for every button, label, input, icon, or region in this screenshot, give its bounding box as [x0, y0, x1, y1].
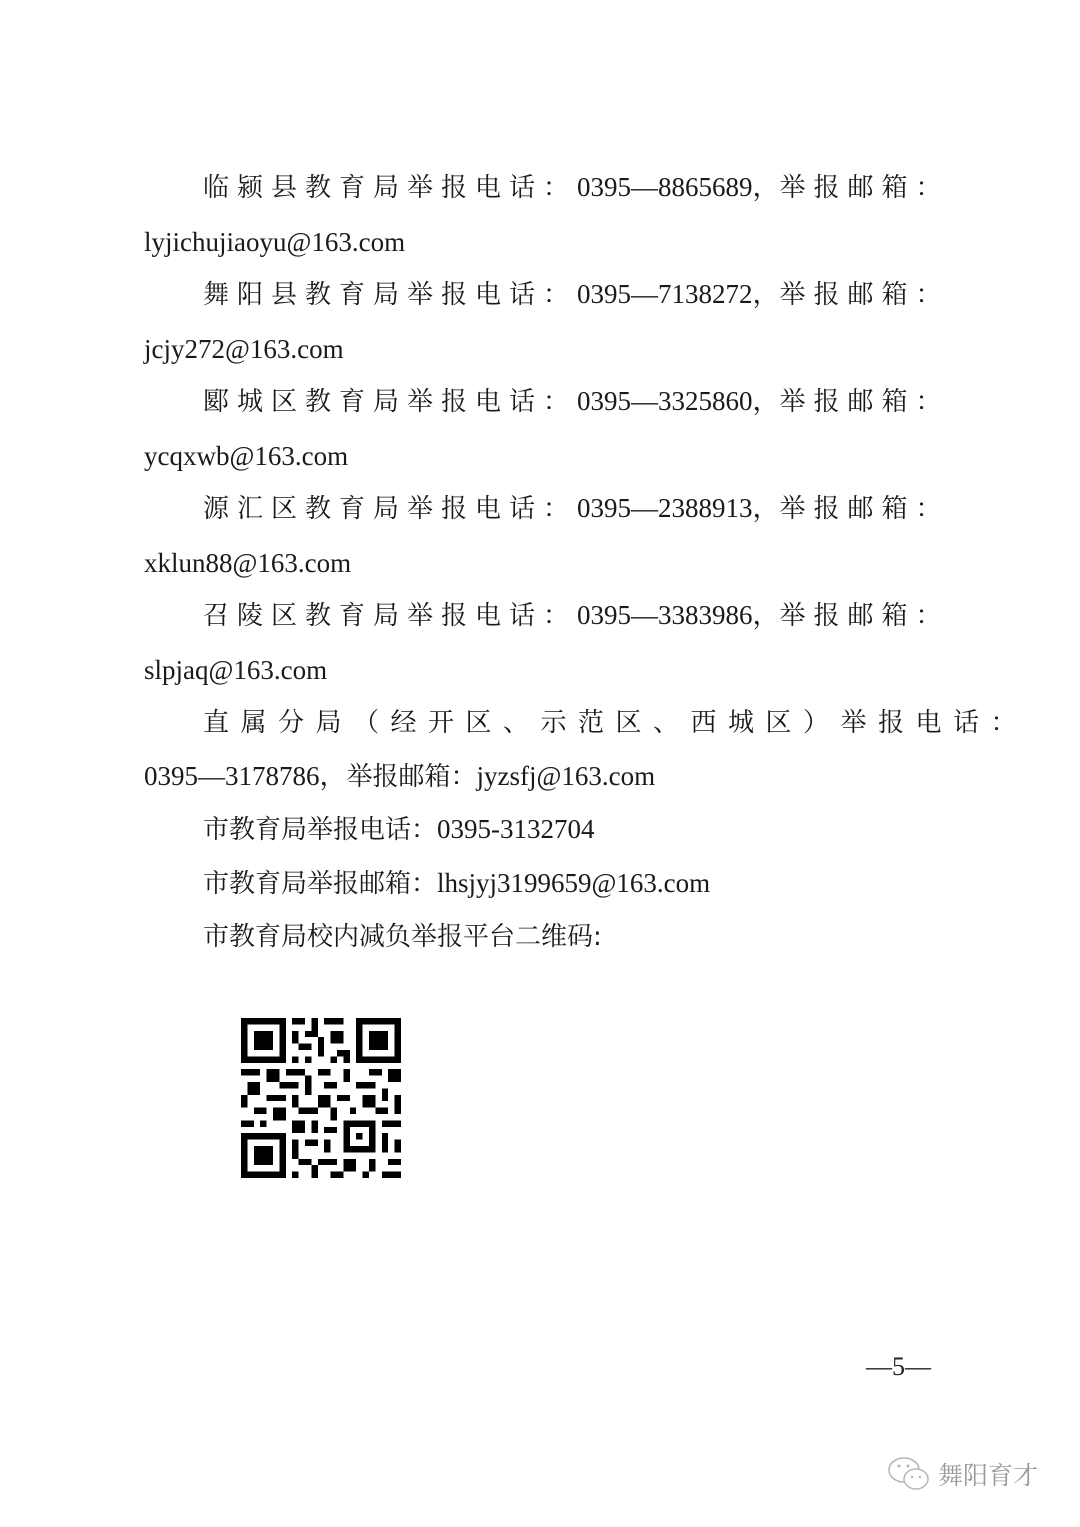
unit-name: 舞阳县教育局 — [203, 280, 407, 310]
phone-label: 举报电话： — [407, 387, 577, 417]
phone-label: 举报电话： — [407, 173, 577, 203]
email-address: jcjy272@163.com — [144, 334, 344, 364]
phone-number: 0395—3325860， — [577, 386, 780, 416]
email-address: xklun88@163.com — [144, 548, 351, 578]
direct-branch-contact-line: 0395—3178786，举报邮箱：jyzsfj@163.com — [144, 759, 655, 794]
email-address: lyjichujiaoyu@163.com — [144, 227, 405, 257]
phone-label: 举报电话： — [407, 601, 577, 631]
email-address: lhsjyj3199659@163.com — [437, 868, 710, 898]
entry-phone-line: 临颍县教育局举报电话：0395—8865689，举报邮箱： — [203, 170, 950, 205]
watermark: 舞阳育才 — [886, 1454, 1038, 1494]
phone-label: 举报电话： — [407, 280, 577, 310]
email-label: 市教育局举报邮箱： — [203, 869, 437, 899]
phone-label: 市教育局举报电话： — [203, 815, 437, 845]
unit-name: 源汇区教育局 — [203, 494, 407, 524]
qr-code-image[interactable] — [240, 1018, 402, 1178]
unit-name: 郾城区教育局 — [203, 387, 407, 417]
email-label: 举报邮箱： — [780, 173, 950, 203]
phone-label: 举报电话： — [407, 494, 577, 524]
email-label: 举报邮箱： — [347, 762, 477, 792]
phone-number: 0395—3383986， — [577, 600, 780, 630]
email-label: 举报邮箱： — [780, 494, 950, 524]
wechat-icon — [886, 1454, 932, 1494]
entry-phone-line: 舞阳县教育局举报电话：0395—7138272，举报邮箱： — [203, 277, 950, 312]
qr-label: 市教育局校内减负举报平台二维码: — [203, 922, 602, 952]
entry-phone-line: 郾城区教育局举报电话：0395—3325860，举报邮箱： — [203, 384, 950, 419]
page-number: —5— — [866, 1352, 931, 1382]
entry-phone-line: 源汇区教育局举报电话：0395—2388913，举报邮箱： — [203, 491, 950, 526]
entry-email-line: slpjaq@163.com — [144, 653, 327, 687]
city-email-line: 市教育局举报邮箱：lhsjyj3199659@163.com — [203, 866, 710, 901]
entry-email-line: ycqxwb@163.com — [144, 439, 348, 473]
email-address: ycqxwb@163.com — [144, 441, 348, 471]
email-address: slpjaq@163.com — [144, 655, 327, 685]
unit-name: 召陵区教育局 — [203, 601, 407, 631]
entry-phone-line: 召陵区教育局举报电话：0395—3383986，举报邮箱： — [203, 598, 950, 633]
email-address: jyzsfj@163.com — [477, 761, 656, 791]
qr-label-line: 市教育局校内减负举报平台二维码: — [203, 919, 602, 954]
email-label: 举报邮箱： — [780, 387, 950, 417]
phone-number: 0395—3178786， — [144, 761, 347, 791]
entry-email-line: xklun88@163.com — [144, 546, 351, 580]
email-label: 举报邮箱： — [780, 601, 950, 631]
direct-branch-line: 直属分局（经开区、示范区、西城区）举报电话： — [203, 705, 1028, 740]
phone-number: 0395-3132704 — [437, 814, 595, 844]
email-label: 举报邮箱： — [780, 280, 950, 310]
entry-email-line: jcjy272@163.com — [144, 332, 344, 366]
unit-name: 临颍县教育局 — [203, 173, 407, 203]
document-page: 临颍县教育局举报电话：0395—8865689，举报邮箱： lyjichujia… — [0, 0, 1080, 1527]
phone-number: 0395—7138272， — [577, 279, 780, 309]
phone-number: 0395—2388913， — [577, 493, 780, 523]
phone-number: 0395—8865689， — [577, 172, 780, 202]
entry-email-line: lyjichujiaoyu@163.com — [144, 225, 405, 259]
direct-branch-title: 直属分局（经开区、示范区、西城区）举报电话： — [203, 708, 1028, 738]
city-phone-line: 市教育局举报电话：0395-3132704 — [203, 812, 595, 847]
watermark-text: 舞阳育才 — [938, 1456, 1038, 1492]
